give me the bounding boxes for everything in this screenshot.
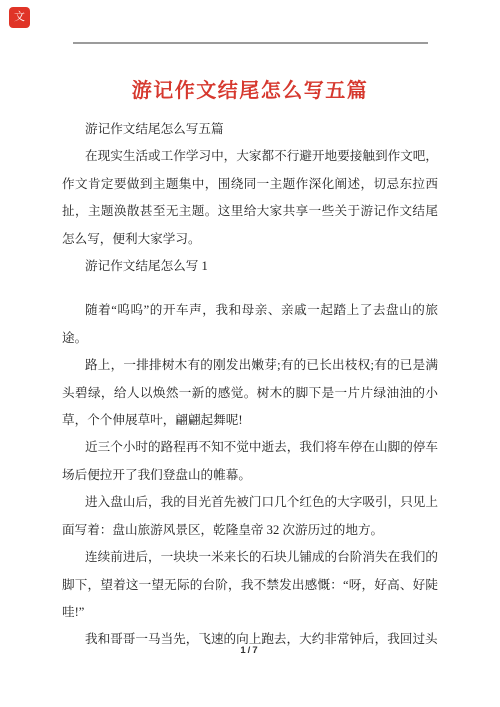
document-page: 文 游记作文结尾怎么写五篇 游记作文结尾怎么写五篇 在现实生活或工作学习中，大家… [0, 0, 500, 707]
paragraph: 进入盘山后，我的目光首先被门口几个红色的大字吸引，只见上面写着：盘山旅游风景区，… [62, 489, 438, 544]
paragraph: 连续前进后，一块块一米来长的石块儿铺成的台阶消失在我们的脚下，望着这一望无际的台… [62, 544, 438, 626]
site-logo-badge[interactable]: 文 [9, 7, 30, 28]
header-divider [73, 42, 428, 44]
paragraph: 路上，一排排树木有的刚发出嫩芽;有的已长出枝权;有的已是满头碧绿，给人以焕然一新… [62, 352, 438, 434]
paragraph-section-heading: 游记作文结尾怎么写 1 [62, 253, 438, 280]
document-body: 游记作文结尾怎么写五篇 在现实生活或工作学习中，大家都不行避开地要接触到作文吧，… [62, 116, 438, 654]
doc-logo-icon: 文 [14, 11, 25, 23]
paragraph-subtitle: 游记作文结尾怎么写五篇 [62, 116, 438, 143]
paragraph: 近三个小时的路程再不知不觉中逝去，我们将车停在山脚的停车场后便拉开了我们登盘山的… [62, 434, 438, 489]
page-indicator: 1/7 [0, 645, 500, 656]
paragraph-intro: 在现实生活或工作学习中，大家都不行避开地要接触到作文吧，作文肯定要做到主题集中，… [62, 143, 438, 253]
paragraph: 随着“呜呜”的开车声，我和母亲、亲戚一起踏上了去盘山的旅途。 [62, 297, 438, 352]
document-title: 游记作文结尾怎么写五篇 [0, 74, 500, 103]
